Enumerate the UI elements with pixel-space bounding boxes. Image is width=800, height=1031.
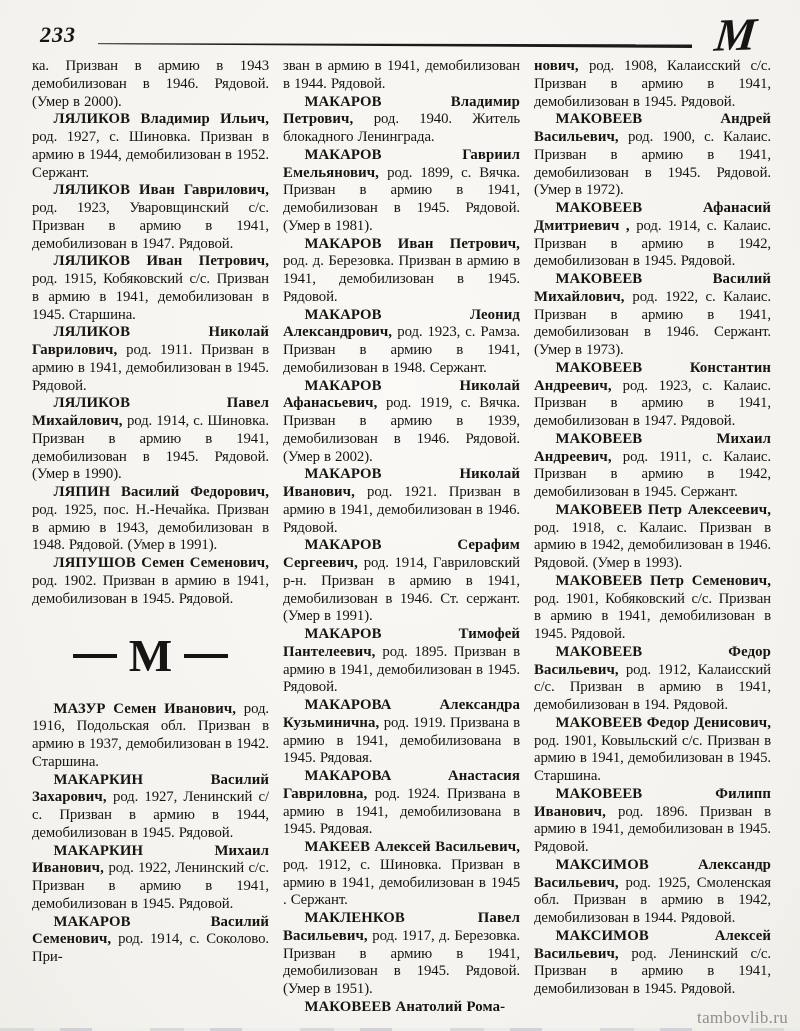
- person-name: МАКАРКИН Василий Захарович,: [32, 772, 269, 806]
- person-name: МАКОВЕЕВ Василий Михайлович,: [534, 271, 771, 305]
- person-name: МАКАРОВ Иван Петрович,: [304, 236, 520, 252]
- divider-dash-right: [184, 654, 228, 658]
- person-name: МАКЛЕНКОВ Павел Васильевич,: [283, 910, 520, 944]
- entry: МАКАРОВ Тимофей Пантелеевич, род. 1895. …: [283, 626, 520, 697]
- person-name: МАКОВЕЕВ Федор Васильевич,: [534, 644, 771, 678]
- entry: МАКАРОВ Иван Петрович, род. д. Березовка…: [283, 236, 520, 307]
- person-name: ЛЯЛИКОВ Павел Михайлович,: [32, 395, 269, 429]
- person-name: МАКАРОВ Леонид Александрович,: [283, 307, 520, 341]
- entry-continuation: ка. Призван в армию в 1943 демобилизован…: [32, 58, 269, 111]
- person-name: МАКОВЕЕВ Андрей Васильевич,: [534, 111, 771, 145]
- person-name: МАЗУР Семен Иванович,: [53, 701, 243, 717]
- entry: МАКЛЕНКОВ Павел Васильевич, род. 1917, д…: [283, 910, 520, 999]
- person-name: МАКОВЕЕВ Анатолий Рома-: [304, 999, 505, 1015]
- entry: МАКОВЕЕВ Афанасий Дмитриевич , род. 1914…: [534, 200, 771, 271]
- entry: ЛЯПИН Василий Федорович, род. 1925, пос.…: [32, 484, 269, 555]
- person-name: МАКОВЕЕВ Филипп Иванович,: [534, 786, 771, 820]
- person-name: МАКОВЕЕВ Петр Семенович,: [555, 573, 771, 589]
- person-name: МАКАРОВ Василий Семенович,: [32, 914, 269, 948]
- person-name: МАКАРОВ Владимир Петрович,: [283, 94, 520, 128]
- entry: МАКОВЕЕВ Федор Васильевич, род. 1912, Ка…: [534, 644, 771, 715]
- person-name: МАКАРОВ Серафим Сергеевич,: [283, 537, 520, 571]
- entry: МАКСИМОВ Александр Васильевич, род. 1925…: [534, 857, 771, 928]
- entry: ЛЯПУШОВ Семен Семенович, род. 1902. Приз…: [32, 555, 269, 608]
- text-columns: ка. Призван в армию в 1943 демобилизован…: [32, 58, 772, 1016]
- entry: МАКОВЕЕВ Петр Семенович, род. 1901, Кобя…: [534, 573, 771, 644]
- section-letter: М: [129, 635, 172, 676]
- person-name: МАКАРОВ Тимофей Пантелеевич,: [283, 626, 520, 660]
- entry: МАКАРКИН Михаил Иванович, род. 1922, Лен…: [32, 843, 269, 914]
- person-name: МАКАРОВ Николай Иванович,: [283, 466, 520, 500]
- section-divider: М: [32, 635, 269, 676]
- person-name: МАКАРКИН Михаил Иванович,: [32, 843, 269, 877]
- person-name: МАКАРОВ Николай Афанасьевич,: [283, 378, 520, 412]
- person-name: МАКОВЕЕВ Петр Алексеевич,: [555, 502, 771, 518]
- person-name: нович,: [534, 58, 589, 74]
- entry: МАКАРОВ Леонид Александрович, род. 1923,…: [283, 307, 520, 378]
- entry: МАКОВЕЕВ Филипп Иванович, род. 1896. При…: [534, 786, 771, 857]
- entry: МАЗУР Семен Иванович, род. 1916, Подольс…: [32, 701, 269, 772]
- person-name: МАКАРОВ Гавриил Емельянович,: [283, 147, 520, 181]
- entry: МАКОВЕЕВ Анатолий Рома-: [283, 999, 520, 1016]
- entry: МАКАРОВА Александра Кузьминична, род. 19…: [283, 697, 520, 768]
- person-name: ЛЯЛИКОВ Иван Гаврилович,: [53, 182, 269, 198]
- entry: МАКСИМОВ Алексей Васильевич, род. Ленинс…: [534, 928, 771, 999]
- person-name: МАКСИМОВ Алексей Васильевич,: [534, 928, 771, 962]
- column-2: зван в армию в 1941, демобилизован в 194…: [283, 58, 520, 1016]
- column-3: нович, род. 1908, Калаисский с/с. Призва…: [534, 58, 771, 1016]
- entry-continuation: нович, род. 1908, Калаисский с/с. Призва…: [534, 58, 771, 111]
- page-number: 233: [40, 22, 76, 47]
- entry: МАКЕЕВ Алексей Васильевич, род. 1912, с.…: [283, 839, 520, 910]
- entry: МАКОВЕЕВ Михаил Андреевич, род. 1911, с.…: [534, 431, 771, 502]
- page-header: 233 М: [40, 22, 760, 62]
- entry-continuation: зван в армию в 1941, демобилизован в 194…: [283, 58, 520, 94]
- divider-dash-left: [73, 654, 117, 658]
- entry: МАКАРОВ Гавриил Емельянович, род. 1899, …: [283, 147, 520, 236]
- entry: МАКАРОВ Василий Семенович, род. 1914, с.…: [32, 914, 269, 967]
- entry: МАКОВЕЕВ Петр Алексеевич, род. 1918, с. …: [534, 502, 771, 573]
- person-name: МАКАРОВА Анастасия Гавриловна,: [283, 768, 520, 802]
- person-name: МАКОВЕЕВ Михаил Андреевич,: [534, 431, 771, 465]
- header-rule: [98, 42, 692, 49]
- header-section-letter: М: [713, 11, 759, 58]
- person-name: ЛЯПИН Василий Федорович,: [53, 484, 269, 500]
- entry: ЛЯЛИКОВ Иван Петрович, род. 1915, Кобяко…: [32, 253, 269, 324]
- person-name: МАКОВЕЕВ Федор Денисович,: [555, 715, 771, 731]
- entry: МАКАРОВА Анастасия Гавриловна, род. 1924…: [283, 768, 520, 839]
- entry: ЛЯЛИКОВ Иван Гаврилович, род. 1923, Увар…: [32, 182, 269, 253]
- column-1: ка. Призван в армию в 1943 демобилизован…: [32, 58, 269, 1016]
- entry: МАКОВЕЕВ Федор Денисович, род. 1901, Ков…: [534, 715, 771, 786]
- entry: ЛЯЛИКОВ Николай Гаврилович, род. 1911. П…: [32, 324, 269, 395]
- entry: МАКАРОВ Серафим Сергеевич, род. 1914, Га…: [283, 537, 520, 626]
- person-name: МАКЕЕВ Алексей Васильевич,: [304, 839, 520, 855]
- person-name: МАКОВЕЕВ Константин Андреевич,: [534, 360, 771, 394]
- entry: МАКАРОВ Николай Афанасьевич, род. 1919, …: [283, 378, 520, 467]
- person-name: ЛЯЛИКОВ Иван Петрович,: [53, 253, 269, 269]
- entry: МАКОВЕЕВ Андрей Васильевич, род. 1900, с…: [534, 111, 771, 200]
- entry: ЛЯЛИКОВ Павел Михайлович, род. 1914, с. …: [32, 395, 269, 484]
- entry: ЛЯЛИКОВ Владимир Ильич, род. 1927, с. Ши…: [32, 111, 269, 182]
- person-name: ЛЯЛИКОВ Владимир Ильич,: [53, 111, 269, 127]
- watermark-text: tambovlib.ru: [697, 1008, 788, 1028]
- person-name: МАКОВЕЕВ Афанасий Дмитриевич ,: [534, 200, 771, 234]
- person-name: МАКСИМОВ Александр Васильевич,: [534, 857, 771, 891]
- person-name: ЛЯПУШОВ Семен Семенович,: [53, 555, 269, 571]
- entry: МАКОВЕЕВ Константин Андреевич, род. 1923…: [534, 360, 771, 431]
- entry: МАКОВЕЕВ Василий Михайлович, род. 1922, …: [534, 271, 771, 360]
- person-name: МАКАРОВА Александра Кузьминична,: [283, 697, 520, 731]
- person-name: ЛЯЛИКОВ Николай Гаврилович,: [32, 324, 269, 358]
- entry: МАКАРКИН Василий Захарович, род. 1927, Л…: [32, 772, 269, 843]
- entry: МАКАРОВ Николай Иванович, род. 1921. При…: [283, 466, 520, 537]
- entry: МАКАРОВ Владимир Петрович, род. 1940. Жи…: [283, 94, 520, 147]
